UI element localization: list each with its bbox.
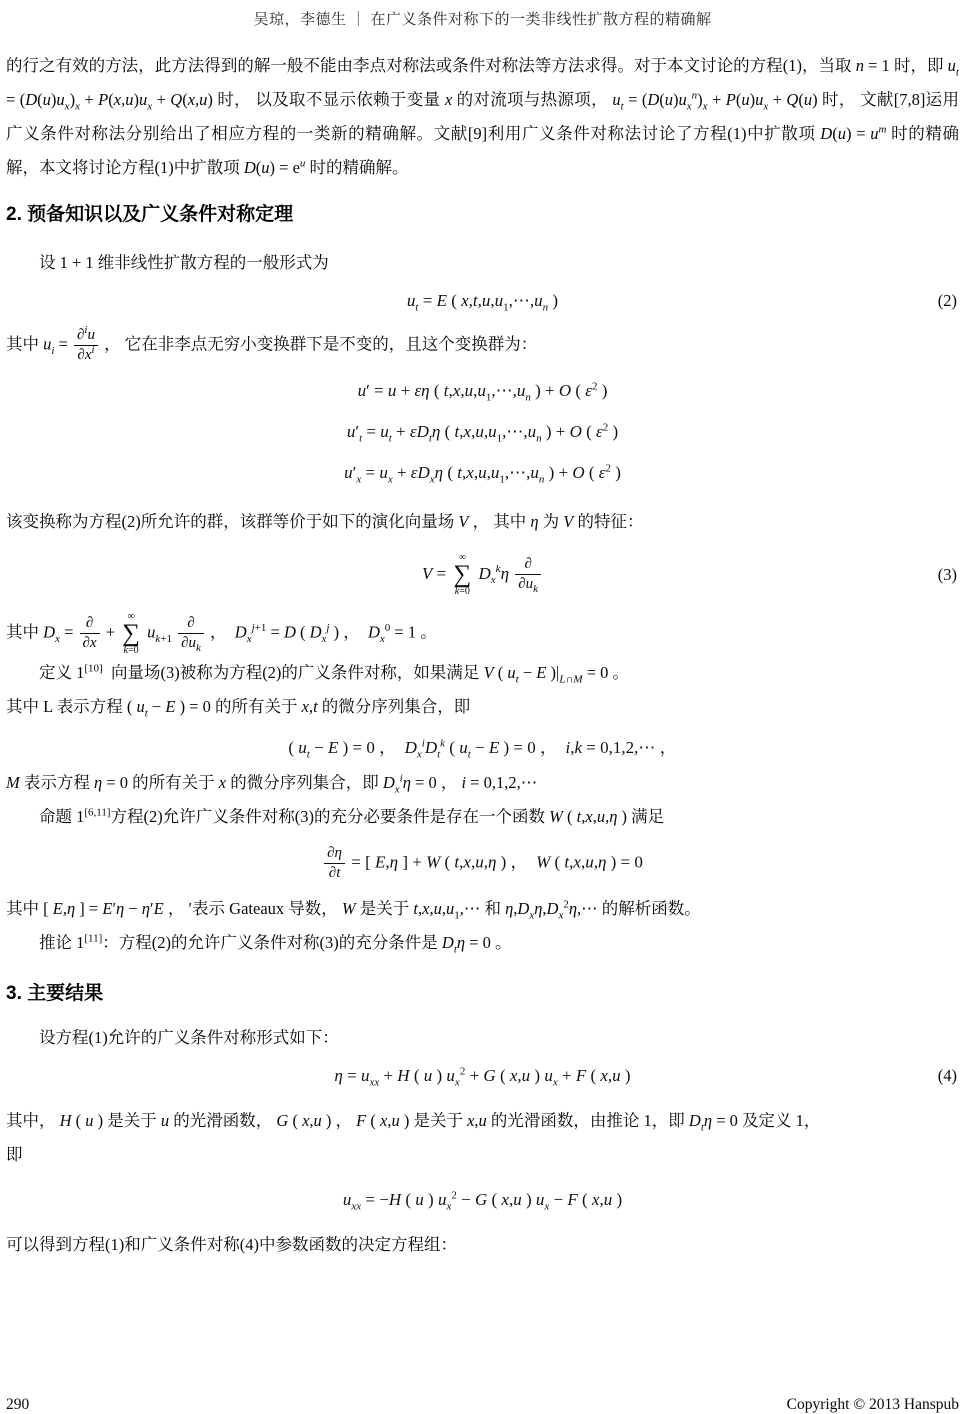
equation-2-body: ut = E ( x,t,u,u1,⋯,un )	[407, 291, 558, 311]
equation-group-u-body: u′ = u + εη ( t,x,u,u1,⋯,un ) + O ( ε2 )	[358, 381, 608, 401]
equation-group-ux: u′x = ux + εDxη ( t,x,u,u1,⋯,un ) + O ( …	[6, 453, 959, 493]
paragraph-proposition-1: 命题 1[6,11]方程(2)允许广义条件对称(3)的充分必要条件是存在一个函数…	[6, 800, 959, 834]
page-footer: 290 Copyright © 2013 Hanspub	[6, 1396, 959, 1414]
paragraph-transform-group: 其中 ui = ∂iu∂xi ， 它在非李点无穷小变换群下是不变的，且这个变换群…	[6, 327, 959, 365]
paper-page: 吴琼，李德生 ｜ 在广义条件对称下的一类非线性扩散方程的精确解 的行之有效的方法…	[0, 0, 965, 1414]
paragraph-gcs-lead: 设方程(1)允许的广义条件对称形式如下：	[6, 1021, 959, 1055]
equation-group-ut-body: u′t = ut + εDtη ( t,x,u,u1,⋯,un ) + O ( …	[347, 422, 618, 442]
equation-4: η = uxx + H ( u ) ux2 + G ( x,u ) ux + F…	[6, 1056, 959, 1096]
equation-uxx: uxx = −H ( u ) ux2 − G ( x,u ) ux − F ( …	[6, 1180, 959, 1220]
equation-2: ut = E ( x,t,u,u1,⋯,un ) (2)	[6, 281, 959, 321]
paragraph-M-set: M 表示方程 η = 0 的所有关于 x 的微分序列集合，即 Dxiη = 0 …	[6, 766, 959, 800]
paragraph-determining-system: 可以得到方程(1)和广义条件对称(4)中参数函数的决定方程组：	[6, 1228, 959, 1262]
equation-uxx-body: uxx = −H ( u ) ux2 − G ( x,u ) ux − F ( …	[343, 1190, 622, 1210]
paragraph-gateaux: 其中 [ E,η ] = E′η − η′E ， ′表示 Gateaux 导数，…	[6, 892, 959, 926]
paragraph-dx-definition: 其中 Dx = ∂∂x + ∞∑k=0 uk+1 ∂∂uk ， Dxj+1 = …	[6, 611, 959, 657]
paragraph-vector-field: 该变换称为方程(2)所允许的群，该群等价于如下的演化向量场 V ， 其中 η 为…	[6, 505, 959, 539]
paper-body: 的行之有效的方法，此方法得到的解一般不能由李点对称法或条件对称法等方法求得。对于…	[0, 49, 965, 1262]
equation-group-ut: u′t = ut + εDtη ( t,x,u,u1,⋯,un ) + O ( …	[6, 412, 959, 452]
paragraph-eq2-lead: 设 1 + 1 维非线性扩散方程的一般形式为	[6, 246, 959, 280]
paragraph-corollary-1: 推论 1[11]：方程(2)的允许广义条件对称(3)的充分条件是 Dtη = 0…	[6, 926, 959, 960]
equation-4-number: (4)	[938, 1066, 957, 1086]
running-header: 吴琼，李德生 ｜ 在广义条件对称下的一类非线性扩散方程的精确解	[0, 0, 965, 29]
equation-4-body: η = uxx + H ( u ) ux2 + G ( x,u ) ux + F…	[334, 1066, 630, 1086]
equation-3: V = ∞∑k=0 Dxkη ∂∂uk (3)	[6, 540, 959, 610]
paragraph-smooth-functions: 其中， H ( u ) 是关于 u 的光滑函数， G ( x,u ) ， F (…	[6, 1104, 959, 1172]
paragraph-L-set: 其中 L 表示方程 ( ut − E ) = 0 的所有关于 x,t 的微分序列…	[6, 690, 959, 724]
equation-group-u: u′ = u + εη ( t,x,u,u1,⋯,un ) + O ( ε2 )	[6, 371, 959, 411]
equation-3-body: V = ∞∑k=0 Dxkη ∂∂uk	[422, 552, 543, 598]
paragraph-intro: 的行之有效的方法，此方法得到的解一般不能由李点对称法或条件对称法等方法求得。对于…	[6, 49, 959, 185]
equation-2-number: (2)	[938, 291, 957, 311]
paragraph-definition-1: 定义 1[10] 向量场(3)被称为方程(2)的广义条件对称，如果满足 V ( …	[6, 656, 959, 690]
equation-W-body: ∂η∂t = [ E,η ] + W ( t,x,u,η ) ， W ( t,x…	[322, 845, 643, 883]
equation-W-condition: ∂η∂t = [ E,η ] + W ( t,x,u,η ) ， W ( t,x…	[6, 835, 959, 891]
equation-group-ux-body: u′x = ux + εDxη ( t,x,u,u1,⋯,un ) + O ( …	[344, 463, 621, 483]
equation-L-sequences: ( ut − E ) = 0 ， DxiDtk ( ut − E ) = 0 ，…	[6, 725, 959, 765]
section-2-heading: 2. 预备知识以及广义条件对称定理	[6, 199, 959, 226]
section-3-heading: 3. 主要结果	[6, 978, 959, 1005]
equation-3-number: (3)	[938, 565, 957, 585]
copyright-notice: Copyright © 2013 Hanspub	[787, 1396, 959, 1414]
page-number: 290	[6, 1396, 29, 1414]
equation-L-body: ( ut − E ) = 0 ， DxiDtk ( ut − E ) = 0 ，…	[288, 733, 676, 758]
